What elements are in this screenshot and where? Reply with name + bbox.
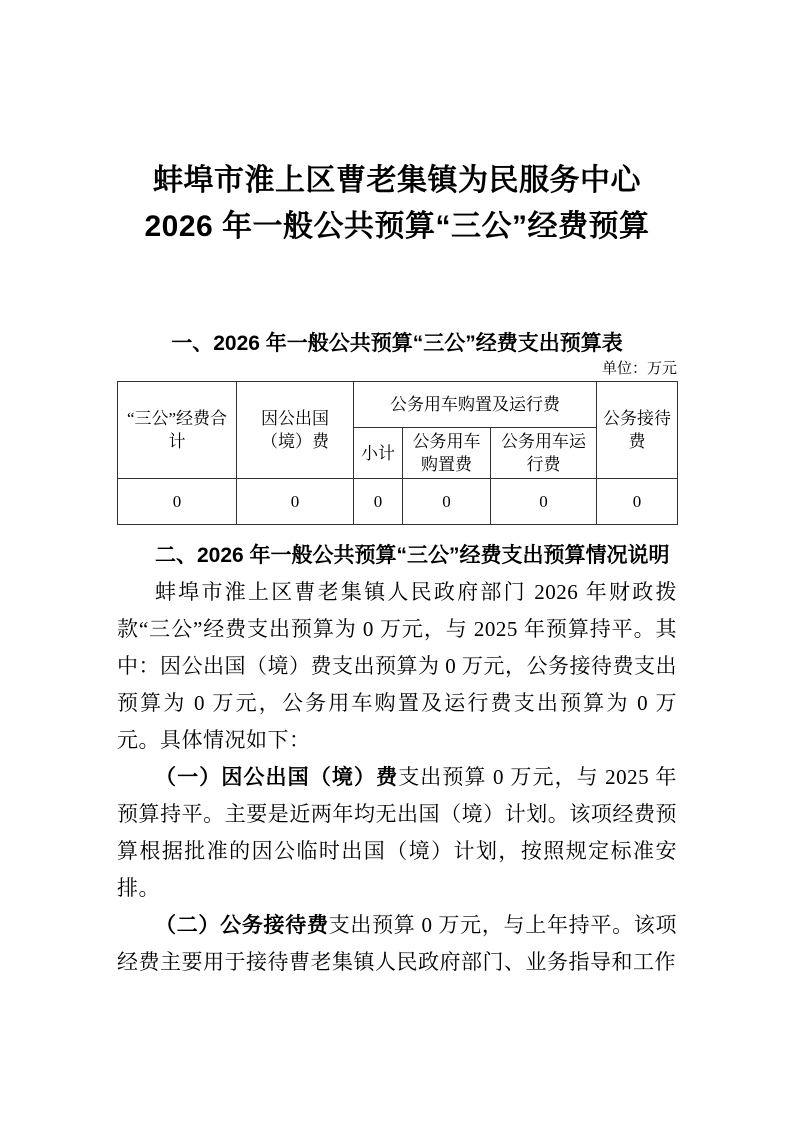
- page-content: 蚌埠市淮上区曹老集镇为民服务中心 2026 年一般公共预算“三公”经费预算 一、…: [117, 0, 677, 981]
- budget-table: “三公”经费合计 因公出国（境）费 公务用车购置及运行费 公务接待费 小计 公务…: [117, 381, 678, 525]
- overview-paragraph: 蚌埠市淮上区曹老集镇人民政府部门 2026 年财政拨款“三公”经费支出预算为 0…: [117, 574, 677, 759]
- item2-lead: （二）公务接待费: [155, 913, 329, 937]
- header-cell-total: “三公”经费合计: [118, 382, 237, 479]
- header-cell-subtotal: 小计: [354, 428, 403, 479]
- section1-heading: 一、2026 年一般公共预算“三公”经费支出预算表: [117, 330, 677, 358]
- item1-lead: （一）因公出国（境）费: [155, 765, 398, 789]
- value-cell-operation: 0: [491, 479, 597, 525]
- document-title: 蚌埠市淮上区曹老集镇为民服务中心 2026 年一般公共预算“三公”经费预算: [142, 158, 652, 250]
- header-cell-vehicle-group: 公务用车购置及运行费: [354, 382, 597, 428]
- value-cell-purchase: 0: [403, 479, 491, 525]
- header-cell-reception: 公务接待费: [597, 382, 678, 479]
- unit-note: 单位：万元: [117, 360, 677, 379]
- item2-paragraph: （二）公务接待费支出预算 0 万元，与上年持平。该项经费主要用于接待曹老集镇人民…: [117, 907, 677, 981]
- value-cell-reception: 0: [597, 479, 678, 525]
- item1-paragraph: （一）因公出国（境）费支出预算 0 万元，与 2025 年预算持平。主要是近两年…: [117, 759, 677, 907]
- table-data-row: 0 0 0 0 0 0: [118, 479, 678, 525]
- value-cell-abroad: 0: [237, 479, 354, 525]
- header-cell-operation: 公务用车运行费: [491, 428, 597, 479]
- value-cell-subtotal: 0: [354, 479, 403, 525]
- header-cell-purchase: 公务用车购置费: [403, 428, 491, 479]
- table-header-row-1: “三公”经费合计 因公出国（境）费 公务用车购置及运行费 公务接待费: [118, 382, 678, 428]
- header-cell-abroad: 因公出国（境）费: [237, 382, 354, 479]
- document-page: 蚌埠市淮上区曹老集镇为民服务中心 2026 年一般公共预算“三公”经费预算 一、…: [0, 0, 793, 1122]
- value-cell-total: 0: [118, 479, 237, 525]
- section2-heading: 二、2026 年一般公共预算“三公”经费支出预算情况说明: [117, 537, 677, 574]
